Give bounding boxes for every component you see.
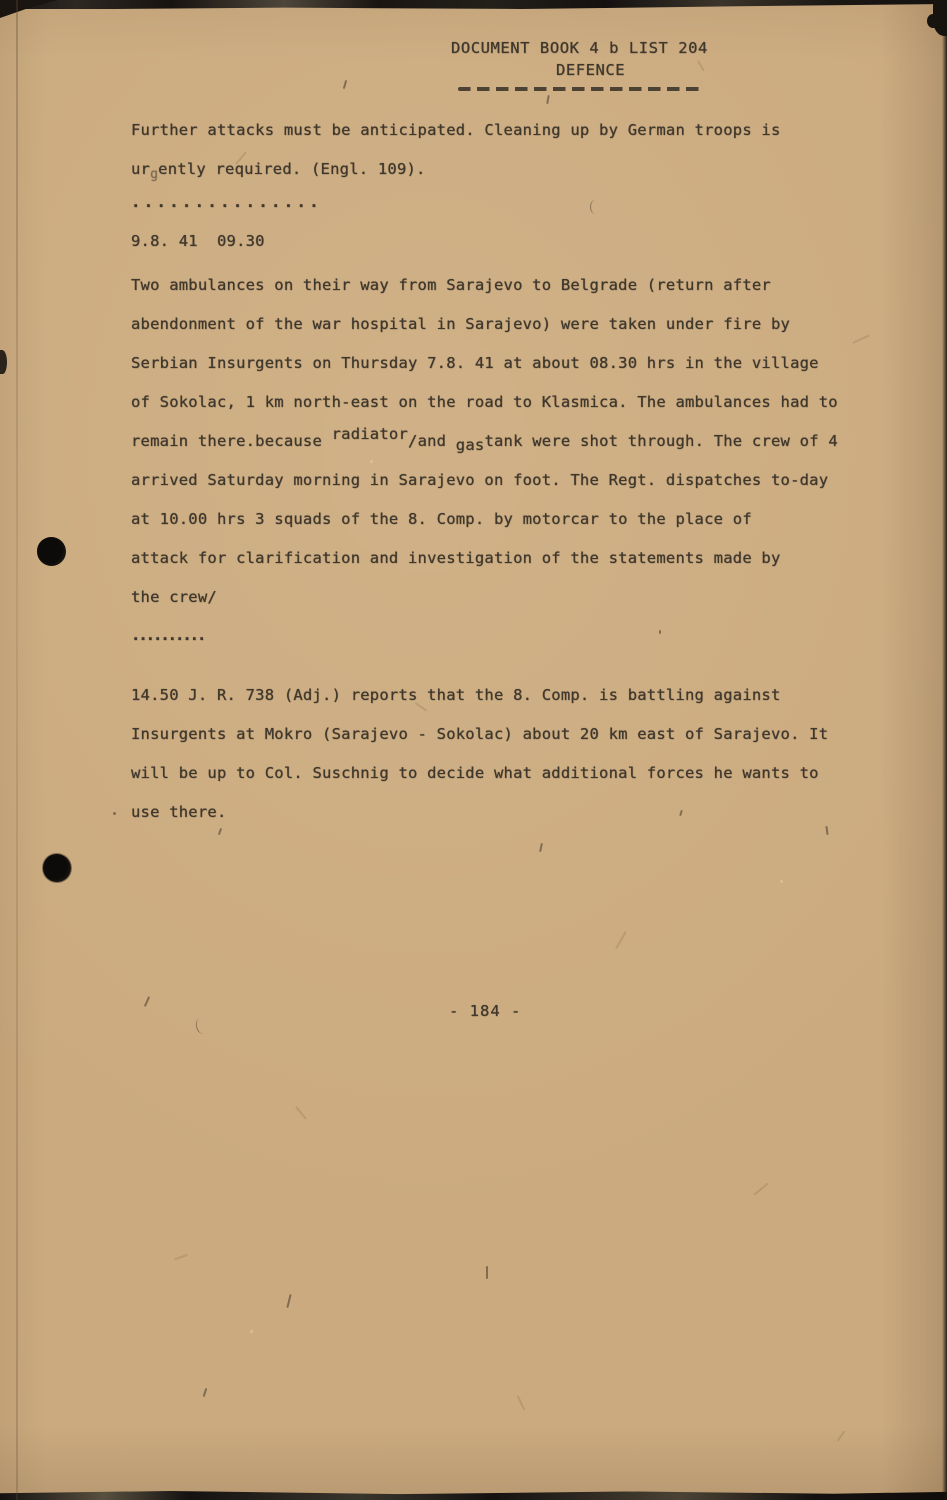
paragraph-line: of Sokolac, 1 km north-east on the road …: [131, 393, 838, 411]
scan-speck: [144, 996, 150, 1007]
paper-fiber: [295, 1106, 307, 1119]
hole-punch-bottom: [43, 854, 71, 882]
scan-speck: [659, 630, 661, 634]
paper-fiber: [697, 60, 704, 71]
page-number: - 184 -: [449, 1002, 521, 1020]
text-segment: remain there.because: [131, 432, 332, 450]
paper-fiber: [852, 334, 869, 343]
faded-typed-letter: g: [150, 167, 158, 182]
header-dashed-rule: [458, 87, 704, 91]
scan-speck: [194, 1017, 209, 1035]
paper-crease-line: [16, 0, 18, 1500]
hole-punch-top: [37, 537, 66, 566]
scan-blemish-top-right: [933, 0, 947, 36]
text-segment: and: [418, 432, 456, 450]
scan-speck: [203, 1388, 208, 1397]
scan-edge-right: [942, 0, 947, 1500]
paper-fleck: [250, 1330, 253, 1333]
paragraph-line: attack for clarification and investigati…: [131, 549, 781, 567]
header-title: DOCUMENT BOOK 4 b LIST 204: [451, 39, 708, 57]
paragraph-line: use there.: [131, 803, 227, 821]
paragraph-line: abendonment of the war hospital in Saraj…: [131, 315, 790, 333]
paper-fiber: [615, 931, 626, 949]
scan-mark-left-edge: [0, 350, 7, 374]
scanned-document-page: DOCUMENT BOOK 4 b LIST 204 DEFENCE Furth…: [0, 0, 947, 1500]
paragraph-line: urgently required. (Engl. 109).: [131, 160, 426, 180]
scan-speck: [218, 828, 222, 835]
typed-correction-lowered: gas: [456, 436, 485, 454]
text-segment: ently required. (Engl. 109).: [158, 160, 425, 178]
paragraph-line: 14.50 J. R. 738 (Adj.) reports that the …: [131, 686, 781, 704]
paragraph-line: the crew/: [131, 588, 217, 606]
scan-speck: [825, 826, 828, 835]
scan-speck: [343, 80, 347, 89]
typed-correction-raised: radiator: [332, 425, 408, 443]
text-segment: tank were shot through. The crew of 4: [484, 432, 837, 450]
dotted-separator: ...............: [131, 193, 322, 211]
paragraph-line: remain there.because radiator/and gastan…: [131, 432, 838, 450]
paragraph-line: Two ambulances on their way from Sarajev…: [131, 276, 771, 294]
paragraph-line: Serbian Insurgents on Thursday 7.8. 41 a…: [131, 354, 819, 372]
dotted-separator: ..........: [131, 626, 204, 644]
paper-fiber: [174, 1254, 188, 1260]
paragraph-line: at 10.00 hrs 3 squads of the 8. Comp. by…: [131, 510, 752, 528]
text-segment: /: [408, 432, 418, 450]
paragraph-line: will be up to Col. Suschnig to decide wh…: [131, 764, 819, 782]
scan-speck: [546, 95, 550, 104]
paragraph-line: Insurgents at Mokro (Sarajevo - Sokolac)…: [131, 725, 828, 743]
entry-timestamp: 9.8. 41 09.30: [131, 232, 265, 250]
paragraph-line: Further attacks must be anticipated. Cle…: [131, 121, 781, 139]
scan-speck: [539, 843, 543, 852]
paper-fleck: [370, 460, 373, 463]
scan-speck: [113, 812, 116, 815]
scan-edge-top: [0, 0, 947, 9]
scan-speck: [590, 200, 601, 214]
header-subtitle: DEFENCE: [556, 61, 625, 79]
paragraph-line: arrived Saturday morning in Sarajevo on …: [131, 471, 828, 489]
scan-edge-bottom: [0, 1491, 947, 1500]
text-segment: ur: [131, 160, 150, 178]
paper-fiber: [837, 1431, 845, 1442]
scan-speck: [486, 1266, 488, 1279]
paper-fiber: [753, 1183, 768, 1196]
scan-speck: [679, 810, 683, 816]
paper-fleck: [780, 880, 783, 883]
paper-fiber: [517, 1395, 525, 1410]
scan-speck: [286, 1294, 291, 1308]
